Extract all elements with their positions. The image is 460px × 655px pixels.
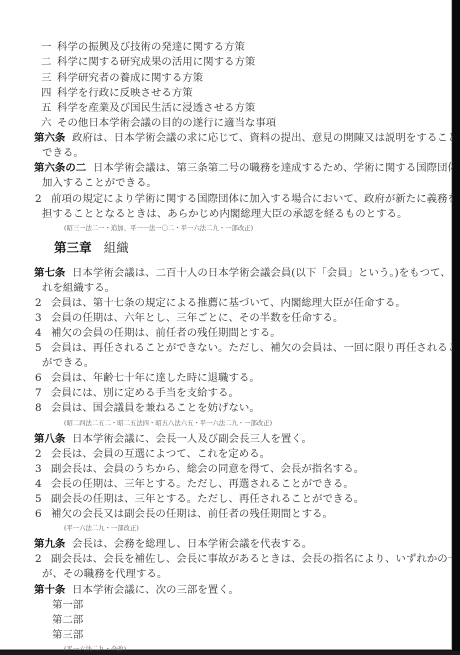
article-label: 第六条 [34, 132, 65, 144]
paragraph-text: 会長は、会員の互選によつて、これを定める。 [51, 448, 270, 460]
paragraph-number: 4 [35, 326, 51, 340]
paragraph-text: 副会長の任期は、三年とする。ただし、再任されることができる。 [51, 493, 364, 505]
division-item: 第二部 [52, 613, 83, 627]
paragraph: 2会長は、会員の互選によつて、これを定める。 [35, 447, 270, 461]
paragraph-number: 7 [35, 386, 51, 400]
article-label: 第六条の二 [34, 162, 86, 174]
chapter-title: 組織 [104, 240, 129, 255]
chapter-label: 第三章 [54, 240, 92, 255]
paragraph-number: 5 [35, 341, 51, 355]
list-item: 五科学を産業及び国民生活に浸透させる方策 [41, 101, 255, 115]
item-number: 五 [41, 101, 57, 115]
paragraph: 6補欠の会長又は副会長の任期は、前任者の残任期間とする。 [35, 507, 333, 521]
article-text: 日本学術会議に、次の三部を置く。 [72, 584, 239, 596]
paragraph-number: 3 [35, 311, 51, 325]
paragraph-text: 補欠の会員の任期は、前任者の残任期間とする。 [51, 327, 281, 339]
paragraph-text: 会員は、年齢七十年に達した時に退職する。 [51, 372, 260, 384]
paragraph-text: 会員の任期は、六年とし、三年ごとに、その半数を任命する。 [51, 312, 343, 324]
item-number: 一 [41, 40, 57, 54]
paragraph-number: 5 [35, 492, 51, 506]
item-text: 科学を行政に反映させる方策 [57, 87, 193, 99]
item-text: 科学を産業及び国民生活に浸透させる方策 [57, 102, 255, 114]
paragraph-text: 副会長は、会長を補佐し、会長に事故があるときは、会長の指名により、いずれかの一人 [51, 553, 460, 565]
paragraph-number: 2 [35, 192, 51, 206]
chapter-heading: 第三章 組織 [54, 241, 129, 255]
amendment-note: (昭三一法二一・追加、平一一法一〇二・平一六法二九・一部改正) [64, 222, 253, 236]
article-text: 会長は、会務を総理し、日本学術会議を代表する。 [72, 538, 312, 550]
paragraph-text: 前項の規定により学術に関する国際団体に加入する場合において、政府が新たに義務を負 [51, 193, 460, 205]
item-text: 科学に関する研究成果の活用に関する方策 [57, 56, 255, 68]
paragraph: 8会員は、国会議員を兼ねることを妨げない。 [35, 401, 260, 415]
scan-border-right [453, 0, 460, 655]
division-item: 第三部 [52, 628, 83, 642]
item-text: 科学の振興及び技術の発達に関する方策 [57, 41, 245, 53]
article-6-2-cont: 加入することができる。 [42, 176, 157, 190]
paragraph-text: 補欠の会長又は副会長の任期は、前任者の残任期間とする。 [51, 508, 333, 520]
item-number: 四 [41, 86, 57, 100]
scan-border-bottom [0, 651, 460, 655]
article-text: 日本学術会議は、二百十人の日本学術会議会員(以下「会員」という。)をもつて、こ [72, 267, 460, 279]
article-label: 第九条 [34, 538, 65, 550]
item-number: 二 [41, 55, 57, 69]
paragraph-number: 6 [35, 371, 51, 385]
article-text: 日本学術会議に、会長一人及び副会長三人を置く。 [72, 433, 312, 445]
paragraph: 5副会長の任期は、三年とする。ただし、再任されることができる。 [35, 492, 364, 506]
paragraph-cont: 担することとなるときは、あらかじめ内閣総理大臣の承認を経るものとする。 [42, 207, 407, 221]
list-item: 二科学に関する研究成果の活用に関する方策 [41, 55, 255, 69]
item-number: 三 [41, 71, 57, 85]
paragraph-number: 8 [35, 401, 51, 415]
paragraph: 2前項の規定により学術に関する国際団体に加入する場合において、政府が新たに義務を… [35, 192, 460, 206]
article-6-2: 第六条の二 日本学術会議は、第三条第二号の職務を達成するため、学術に関する国際団… [34, 161, 460, 175]
document-page: 一科学の振興及び技術の発達に関する方策 二科学に関する研究成果の活用に関する方策… [0, 0, 452, 650]
article-6: 第六条 政府は、日本学術会議の求に応じて、資料の提出、意見の開陳又は説明をするこ… [34, 131, 460, 145]
paragraph-number: 4 [35, 477, 51, 491]
item-text: その他日本学術会議の目的の遂行に適当な事項 [57, 117, 276, 129]
paragraph: 3会員の任期は、六年とし、三年ごとに、その半数を任命する。 [35, 311, 343, 325]
list-item: 一科学の振興及び技術の発達に関する方策 [41, 40, 245, 54]
paragraph-text: 会員は、再任されることができない。ただし、補欠の会員は、一回に限り再任されること [51, 342, 460, 354]
article-8: 第八条 日本学術会議に、会長一人及び副会長三人を置く。 [34, 432, 312, 446]
article-text: 政府は、日本学術会議の求に応じて、資料の提出、意見の開陳又は説明をすることが [72, 132, 460, 144]
paragraph-number: 6 [35, 507, 51, 521]
paragraph: 4会長の任期は、三年とする。ただし、再選されることができる。 [35, 477, 354, 491]
paragraph: 4補欠の会員の任期は、前任者の残任期間とする。 [35, 326, 281, 340]
paragraph-text: 会員には、別に定める手当を支給する。 [51, 387, 239, 399]
list-item: 四科学を行政に反映させる方策 [41, 86, 193, 100]
article-6-cont: できる。 [42, 146, 84, 160]
list-item: 六その他日本学術会議の目的の遂行に適当な事項 [41, 116, 276, 130]
paragraph: 5会員は、再任されることができない。ただし、補欠の会員は、一回に限り再任されるこ… [35, 341, 460, 355]
paragraph-text: 会員は、国会議員を兼ねることを妨げない。 [51, 402, 260, 414]
paragraph: 2副会長は、会長を補佐し、会長に事故があるときは、会長の指名により、いずれかの一… [35, 552, 460, 566]
article-label: 第十条 [34, 584, 65, 596]
amendment-note: (昭二四法二五二・昭二五法四・昭五八法六五・平一六法二九・一部改正) [64, 417, 272, 431]
paragraph: 6会員は、年齢七十年に達した時に退職する。 [35, 371, 260, 385]
paragraph: 7会員には、別に定める手当を支給する。 [35, 386, 239, 400]
list-item: 三科学研究者の養成に関する方策 [41, 71, 203, 85]
paragraph-text: 会長の任期は、三年とする。ただし、再選されることができる。 [51, 478, 354, 490]
article-9: 第九条 会長は、会務を総理し、日本学術会議を代表する。 [34, 537, 312, 551]
article-label: 第七条 [34, 267, 65, 279]
article-10: 第十条 日本学術会議に、次の三部を置く。 [34, 583, 239, 597]
article-label: 第八条 [34, 433, 65, 445]
paragraph-number: 2 [35, 552, 51, 566]
article-text: 日本学術会議は、第三条第二号の職務を達成するため、学術に関する国際団体に [93, 162, 460, 174]
paragraph-text: 会員は、第十七条の規定による推薦に基づいて、内閣総理大臣が任命する。 [51, 297, 406, 309]
paragraph-text: 副会長は、会員のうちから、総会の同意を得て、会長が指名する。 [51, 463, 364, 475]
item-text: 科学研究者の養成に関する方策 [57, 72, 203, 84]
article-7: 第七条 日本学術会議は、二百十人の日本学術会議会員(以下「会員」という。)をもつ… [34, 266, 460, 280]
paragraph-number: 2 [35, 447, 51, 461]
paragraph-number: 3 [35, 462, 51, 476]
paragraph-cont: ができる。 [42, 356, 94, 370]
item-number: 六 [41, 116, 57, 130]
division-item: 第一部 [52, 598, 83, 612]
paragraph: 3副会長は、会員のうちから、総会の同意を得て、会長が指名する。 [35, 462, 364, 476]
paragraph-cont: が、その職務を代理する。 [42, 567, 167, 581]
amendment-note: (平一六法二九・一部改正) [64, 522, 139, 536]
paragraph-number: 2 [35, 296, 51, 310]
article-7-cont: れを組織する。 [42, 281, 115, 295]
paragraph: 2会員は、第十七条の規定による推薦に基づいて、内閣総理大臣が任命する。 [35, 296, 406, 310]
